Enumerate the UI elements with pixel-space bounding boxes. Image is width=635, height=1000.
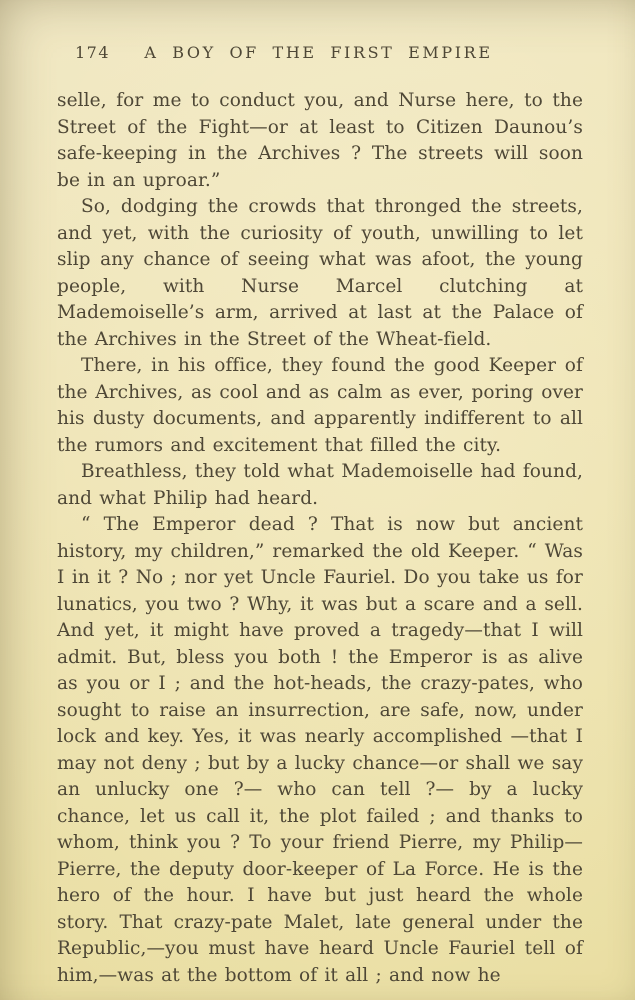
- paragraph: “ The Emperor dead ? That is now but anc…: [57, 512, 583, 989]
- running-title: A BOY OF THE FIRST EMPIRE: [57, 42, 580, 64]
- book-page: 174 A BOY OF THE FIRST EMPIRE selle, for…: [0, 0, 635, 1000]
- page-body: selle, for me to conduct you, and Nurse …: [57, 88, 583, 989]
- paragraph: selle, for me to conduct you, and Nurse …: [57, 88, 583, 194]
- page-header: 174 A BOY OF THE FIRST EMPIRE: [57, 0, 580, 64]
- paragraph: Breathless, they told what Mademoiselle …: [57, 459, 583, 512]
- paragraph: There, in his office, they found the goo…: [57, 353, 583, 459]
- paragraph: So, dodging the crowds that thronged the…: [57, 194, 583, 353]
